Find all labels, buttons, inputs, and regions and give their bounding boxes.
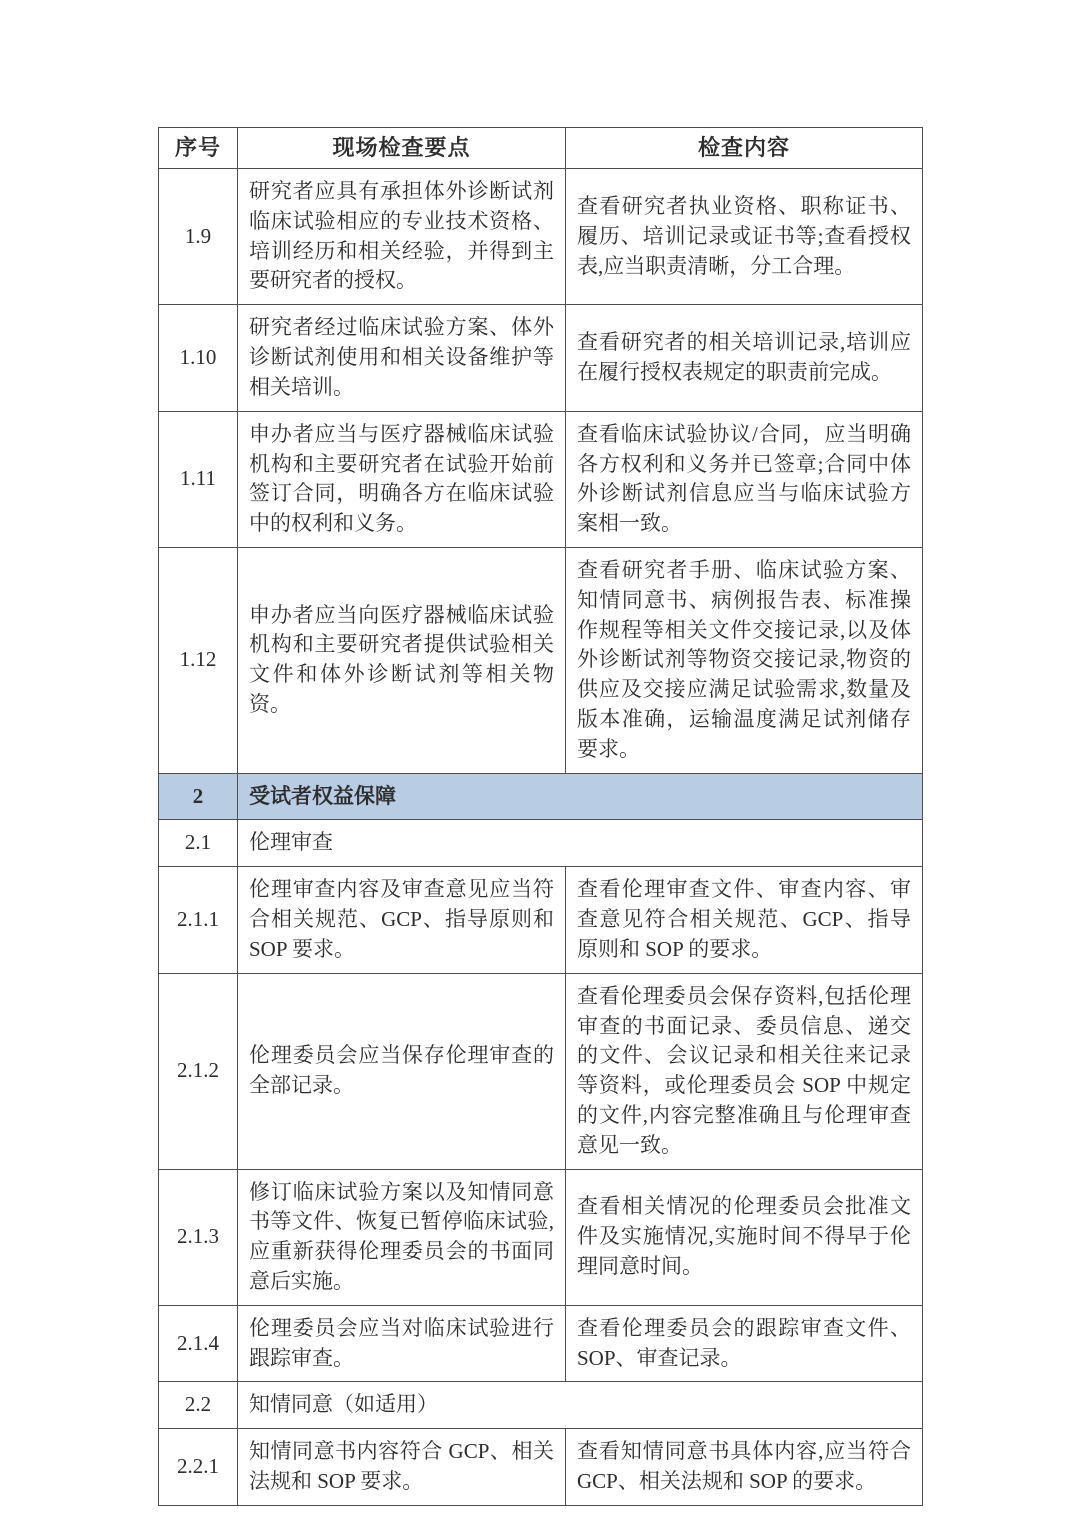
section-title: 受试者权益保障 xyxy=(238,773,923,820)
inspection-point: 伦理委员会应当对临床试验进行跟踪审查。 xyxy=(238,1305,566,1382)
row-number: 2.1.4 xyxy=(159,1305,238,1382)
table-row: 2.2.1知情同意书内容符合 GCP、相关法规和 SOP 要求。查看知情同意书具… xyxy=(159,1429,923,1506)
row-number: 2.2 xyxy=(159,1382,238,1429)
inspection-content: 查看相关情况的伦理委员会批准文件及实施情况,实施时间不得早于伦理同意时间。 xyxy=(566,1169,923,1305)
table-body: 1.9研究者应具有承担体外诊断试剂临床试验相应的专业技术资格、培训经历和相关经验… xyxy=(159,169,923,1506)
row-number: 2.1.2 xyxy=(159,973,238,1169)
inspection-content: 查看伦理委员会的跟踪审查文件、SOP、审查记录。 xyxy=(566,1305,923,1382)
header-point: 现场检查要点 xyxy=(238,128,566,169)
row-number: 1.10 xyxy=(159,305,238,411)
table-row: 1.12申办者应当向医疗器械临床试验机构和主要研究者提供试验相关文件和体外诊断试… xyxy=(159,547,923,773)
section-title: 知情同意（如适用） xyxy=(238,1382,923,1429)
inspection-content: 查看临床试验协议/合同，应当明确各方权利和义务并已签章;合同中体外诊断试剂信息应… xyxy=(566,411,923,547)
inspection-content: 查看研究者执业资格、职称证书、履历、培训记录或证书等;查看授权表,应当职责清晰，… xyxy=(566,169,923,305)
header-row: 序号 现场检查要点 检查内容 xyxy=(159,128,923,169)
table-row: 1.9研究者应具有承担体外诊断试剂临床试验相应的专业技术资格、培训经历和相关经验… xyxy=(159,169,923,305)
row-number: 2.1.1 xyxy=(159,867,238,973)
document-page: 序号 现场检查要点 检查内容 1.9研究者应具有承担体外诊断试剂临床试验相应的专… xyxy=(0,0,1080,1527)
row-number: 2.2.1 xyxy=(159,1429,238,1506)
row-number: 1.9 xyxy=(159,169,238,305)
inspection-content: 查看知情同意书具体内容,应当符合 GCP、相关法规和 SOP 的要求。 xyxy=(566,1429,923,1506)
inspection-point: 伦理委员会应当保存伦理审查的全部记录。 xyxy=(238,973,566,1169)
header-no: 序号 xyxy=(159,128,238,169)
inspection-point: 知情同意书内容符合 GCP、相关法规和 SOP 要求。 xyxy=(238,1429,566,1506)
inspection-point: 申办者应当与医疗器械临床试验机构和主要研究者在试验开始前签订合同，明确各方在临床… xyxy=(238,411,566,547)
table-row: 1.10研究者经过临床试验方案、体外诊断试剂使用和相关设备维护等相关培训。查看研… xyxy=(159,305,923,411)
table-row: 1.11申办者应当与医疗器械临床试验机构和主要研究者在试验开始前签订合同，明确各… xyxy=(159,411,923,547)
table-row: 2受试者权益保障 xyxy=(159,773,923,820)
inspection-content: 查看伦理委员会保存资料,包括伦理审查的书面记录、委员信息、递交的文件、会议记录和… xyxy=(566,973,923,1169)
table-row: 2.1.4伦理委员会应当对临床试验进行跟踪审查。查看伦理委员会的跟踪审查文件、S… xyxy=(159,1305,923,1382)
inspection-point: 研究者经过临床试验方案、体外诊断试剂使用和相关设备维护等相关培训。 xyxy=(238,305,566,411)
inspection-content: 查看研究者手册、临床试验方案、知情同意书、病例报告表、标准操作规程等相关文件交接… xyxy=(566,547,923,773)
inspection-point: 研究者应具有承担体外诊断试剂临床试验相应的专业技术资格、培训经历和相关经验，并得… xyxy=(238,169,566,305)
table-row: 2.1.2伦理委员会应当保存伦理审查的全部记录。查看伦理委员会保存资料,包括伦理… xyxy=(159,973,923,1169)
inspection-content: 查看伦理审查文件、审查内容、审查意见符合相关规范、GCP、指导原则和 SOP 的… xyxy=(566,867,923,973)
table-row: 2.1.1伦理审查内容及审查意见应当符合相关规范、GCP、指导原则和 SOP 要… xyxy=(159,867,923,973)
row-number: 2.1.3 xyxy=(159,1169,238,1305)
inspection-point: 伦理审查内容及审查意见应当符合相关规范、GCP、指导原则和 SOP 要求。 xyxy=(238,867,566,973)
inspection-point: 申办者应当向医疗器械临床试验机构和主要研究者提供试验相关文件和体外诊断试剂等相关… xyxy=(238,547,566,773)
row-number: 1.12 xyxy=(159,547,238,773)
table-row: 2.1.3修订临床试验方案以及知情同意书等文件、恢复已暂停临床试验,应重新获得伦… xyxy=(159,1169,923,1305)
section-title: 伦理审查 xyxy=(238,820,923,867)
row-number: 2 xyxy=(159,773,238,820)
row-number: 2.1 xyxy=(159,820,238,867)
row-number: 1.11 xyxy=(159,411,238,547)
table-row: 2.2知情同意（如适用） xyxy=(159,1382,923,1429)
inspection-point: 修订临床试验方案以及知情同意书等文件、恢复已暂停临床试验,应重新获得伦理委员会的… xyxy=(238,1169,566,1305)
header-content: 检查内容 xyxy=(566,128,923,169)
inspection-content: 查看研究者的相关培训记录,培训应在履行授权表规定的职责前完成。 xyxy=(566,305,923,411)
table-row: 2.1伦理审查 xyxy=(159,820,923,867)
table-header: 序号 现场检查要点 检查内容 xyxy=(159,128,923,169)
inspection-table: 序号 现场检查要点 检查内容 1.9研究者应具有承担体外诊断试剂临床试验相应的专… xyxy=(158,127,923,1506)
